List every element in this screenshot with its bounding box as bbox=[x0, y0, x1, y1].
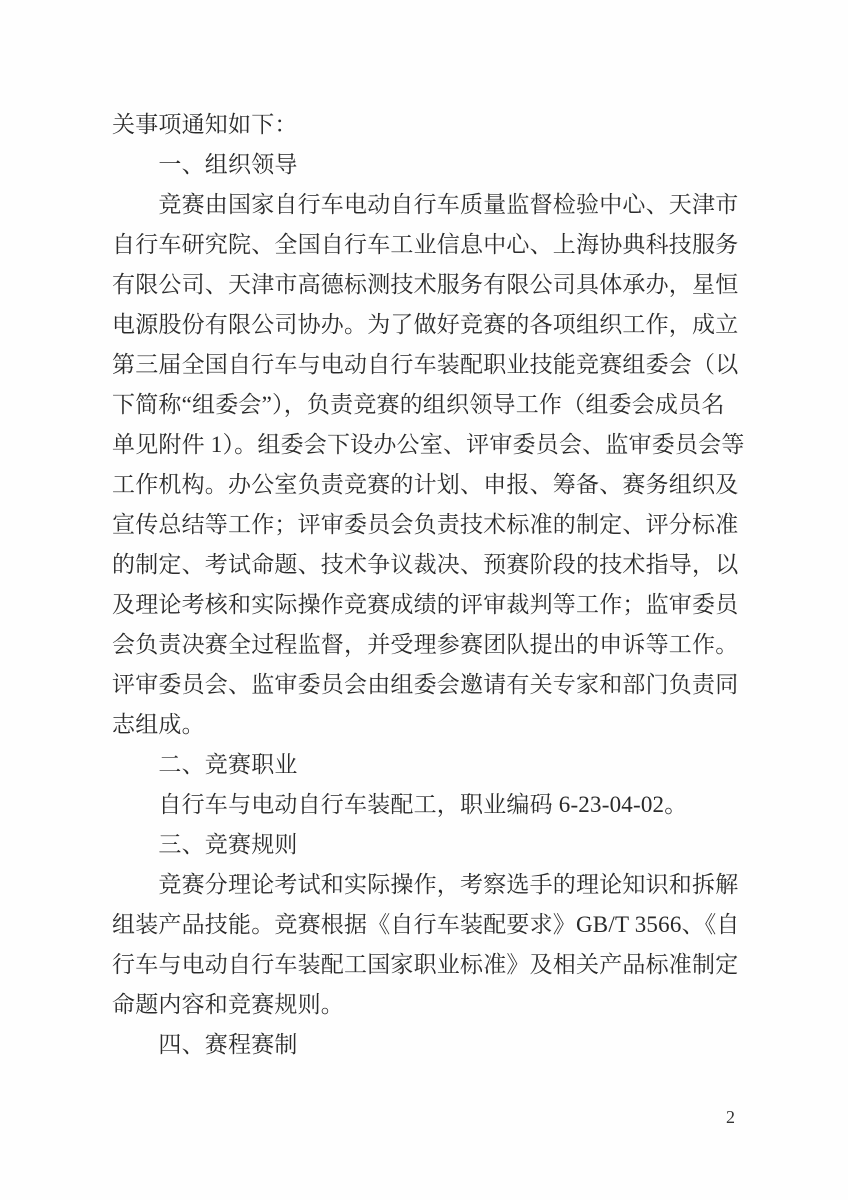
paragraph-line: 自行车研究院、全国自行车工业信息中心、上海协典科技服务 bbox=[112, 225, 742, 265]
paragraph-line: 评审委员会、监审委员会由组委会邀请有关专家和部门负责同 bbox=[112, 665, 742, 705]
paragraph-line: 第三届全国自行车与电动自行车装配职业技能竞赛组委会（以 bbox=[112, 345, 742, 385]
paragraph-line: 电源股份有限公司协办。为了做好竞赛的各项组织工作，成立 bbox=[112, 305, 742, 345]
paragraph-line: 命题内容和竞赛规则。 bbox=[112, 985, 742, 1025]
paragraph-line: 竞赛由国家自行车电动自行车质量监督检验中心、天津市 bbox=[112, 185, 742, 225]
paragraph-line: 行车与电动自行车装配工国家职业标准》及相关产品标准制定 bbox=[112, 945, 742, 985]
section-heading-1: 一、组织领导 bbox=[112, 145, 742, 185]
section-heading-2: 二、竞赛职业 bbox=[112, 745, 742, 785]
document-body: 关事项通知如下： 一、组织领导 竞赛由国家自行车电动自行车质量监督检验中心、天津… bbox=[112, 105, 742, 1065]
page-number: 2 bbox=[726, 1106, 735, 1128]
paragraph-line: 宣传总结等工作；评审委员会负责技术标准的制定、评分标准 bbox=[112, 505, 742, 545]
paragraph-line: 志组成。 bbox=[112, 705, 742, 745]
paragraph-line: 单见附件 1）。组委会下设办公室、评审委员会、监审委员会等 bbox=[112, 425, 742, 465]
section-heading-3: 三、竞赛规则 bbox=[112, 825, 742, 865]
paragraph-line: 自行车与电动自行车装配工，职业编码 6-23-04-02。 bbox=[112, 785, 742, 825]
paragraph-line: 有限公司、天津市高德标测技术服务有限公司具体承办，星恒 bbox=[112, 265, 742, 305]
paragraph-line: 会负责决赛全过程监督，并受理参赛团队提出的申诉等工作。 bbox=[112, 625, 742, 665]
paragraph-line: 的制定、考试命题、技术争议裁决、预赛阶段的技术指导，以 bbox=[112, 545, 742, 585]
paragraph-line: 竞赛分理论考试和实际操作，考察选手的理论知识和拆解 bbox=[112, 865, 742, 905]
paragraph-line: 及理论考核和实际操作竞赛成绩的评审裁判等工作；监审委员 bbox=[112, 585, 742, 625]
paragraph-line: 下简称“组委会”），负责竞赛的组织领导工作（组委会成员名 bbox=[112, 385, 742, 425]
section-heading-4: 四、赛程赛制 bbox=[112, 1025, 742, 1065]
paragraph-line: 工作机构。办公室负责竞赛的计划、申报、筹备、赛务组织及 bbox=[112, 465, 742, 505]
document-page: 关事项通知如下： 一、组织领导 竞赛由国家自行车电动自行车质量监督检验中心、天津… bbox=[0, 0, 848, 1200]
continuation-line: 关事项通知如下： bbox=[112, 105, 742, 145]
paragraph-line: 组装产品技能。竞赛根据《自行车装配要求》GB/T 3566、《自 bbox=[112, 905, 742, 945]
